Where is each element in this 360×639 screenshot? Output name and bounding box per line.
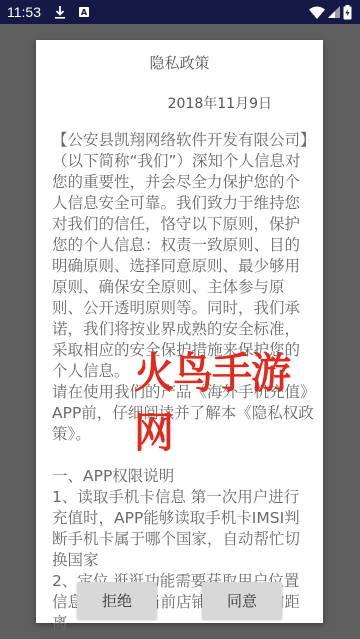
privacy-policy-dialog: 隐私政策 2018年11月9日 【公安县凯翔网络软件开发有限公司】（以下简称“我… — [36, 40, 323, 623]
paragraph-spacer — [52, 445, 314, 466]
battery-charging-icon — [343, 5, 352, 20]
status-time: 11:53 — [7, 4, 41, 20]
a-notification-icon: A — [79, 7, 89, 17]
refuse-button[interactable]: 拒绝 — [77, 582, 157, 619]
policy-date: 2018年11月9日 — [168, 93, 272, 113]
section-heading-permissions: 一、APP权限说明 — [52, 466, 314, 487]
policy-content[interactable]: 【公安县凯翔网络软件开发有限公司】（以下简称“我们”）深知个人信息对您的重要性，… — [52, 130, 314, 634]
dialog-title: 隐私政策 — [36, 52, 323, 73]
agree-button[interactable]: 同意 — [202, 582, 282, 619]
permission-item-sim: 1、读取手机卡信息 第一次用户进行充值时，APP能够读取手机卡IMSI判断手机卡… — [52, 487, 314, 571]
policy-paragraph-intro: 【公安县凯翔网络软件开发有限公司】（以下简称“我们”）深知个人信息对您的重要性，… — [52, 130, 314, 382]
status-bar: 11:53 A — [0, 0, 360, 24]
policy-paragraph-read-notice: 请在使用我们的产品《海外手机充值》APP前，仔细阅读并了解本《隐私权政策》。 — [52, 382, 314, 445]
download-icon — [54, 5, 66, 19]
wifi-icon — [309, 6, 325, 19]
signal-icon — [328, 6, 340, 18]
